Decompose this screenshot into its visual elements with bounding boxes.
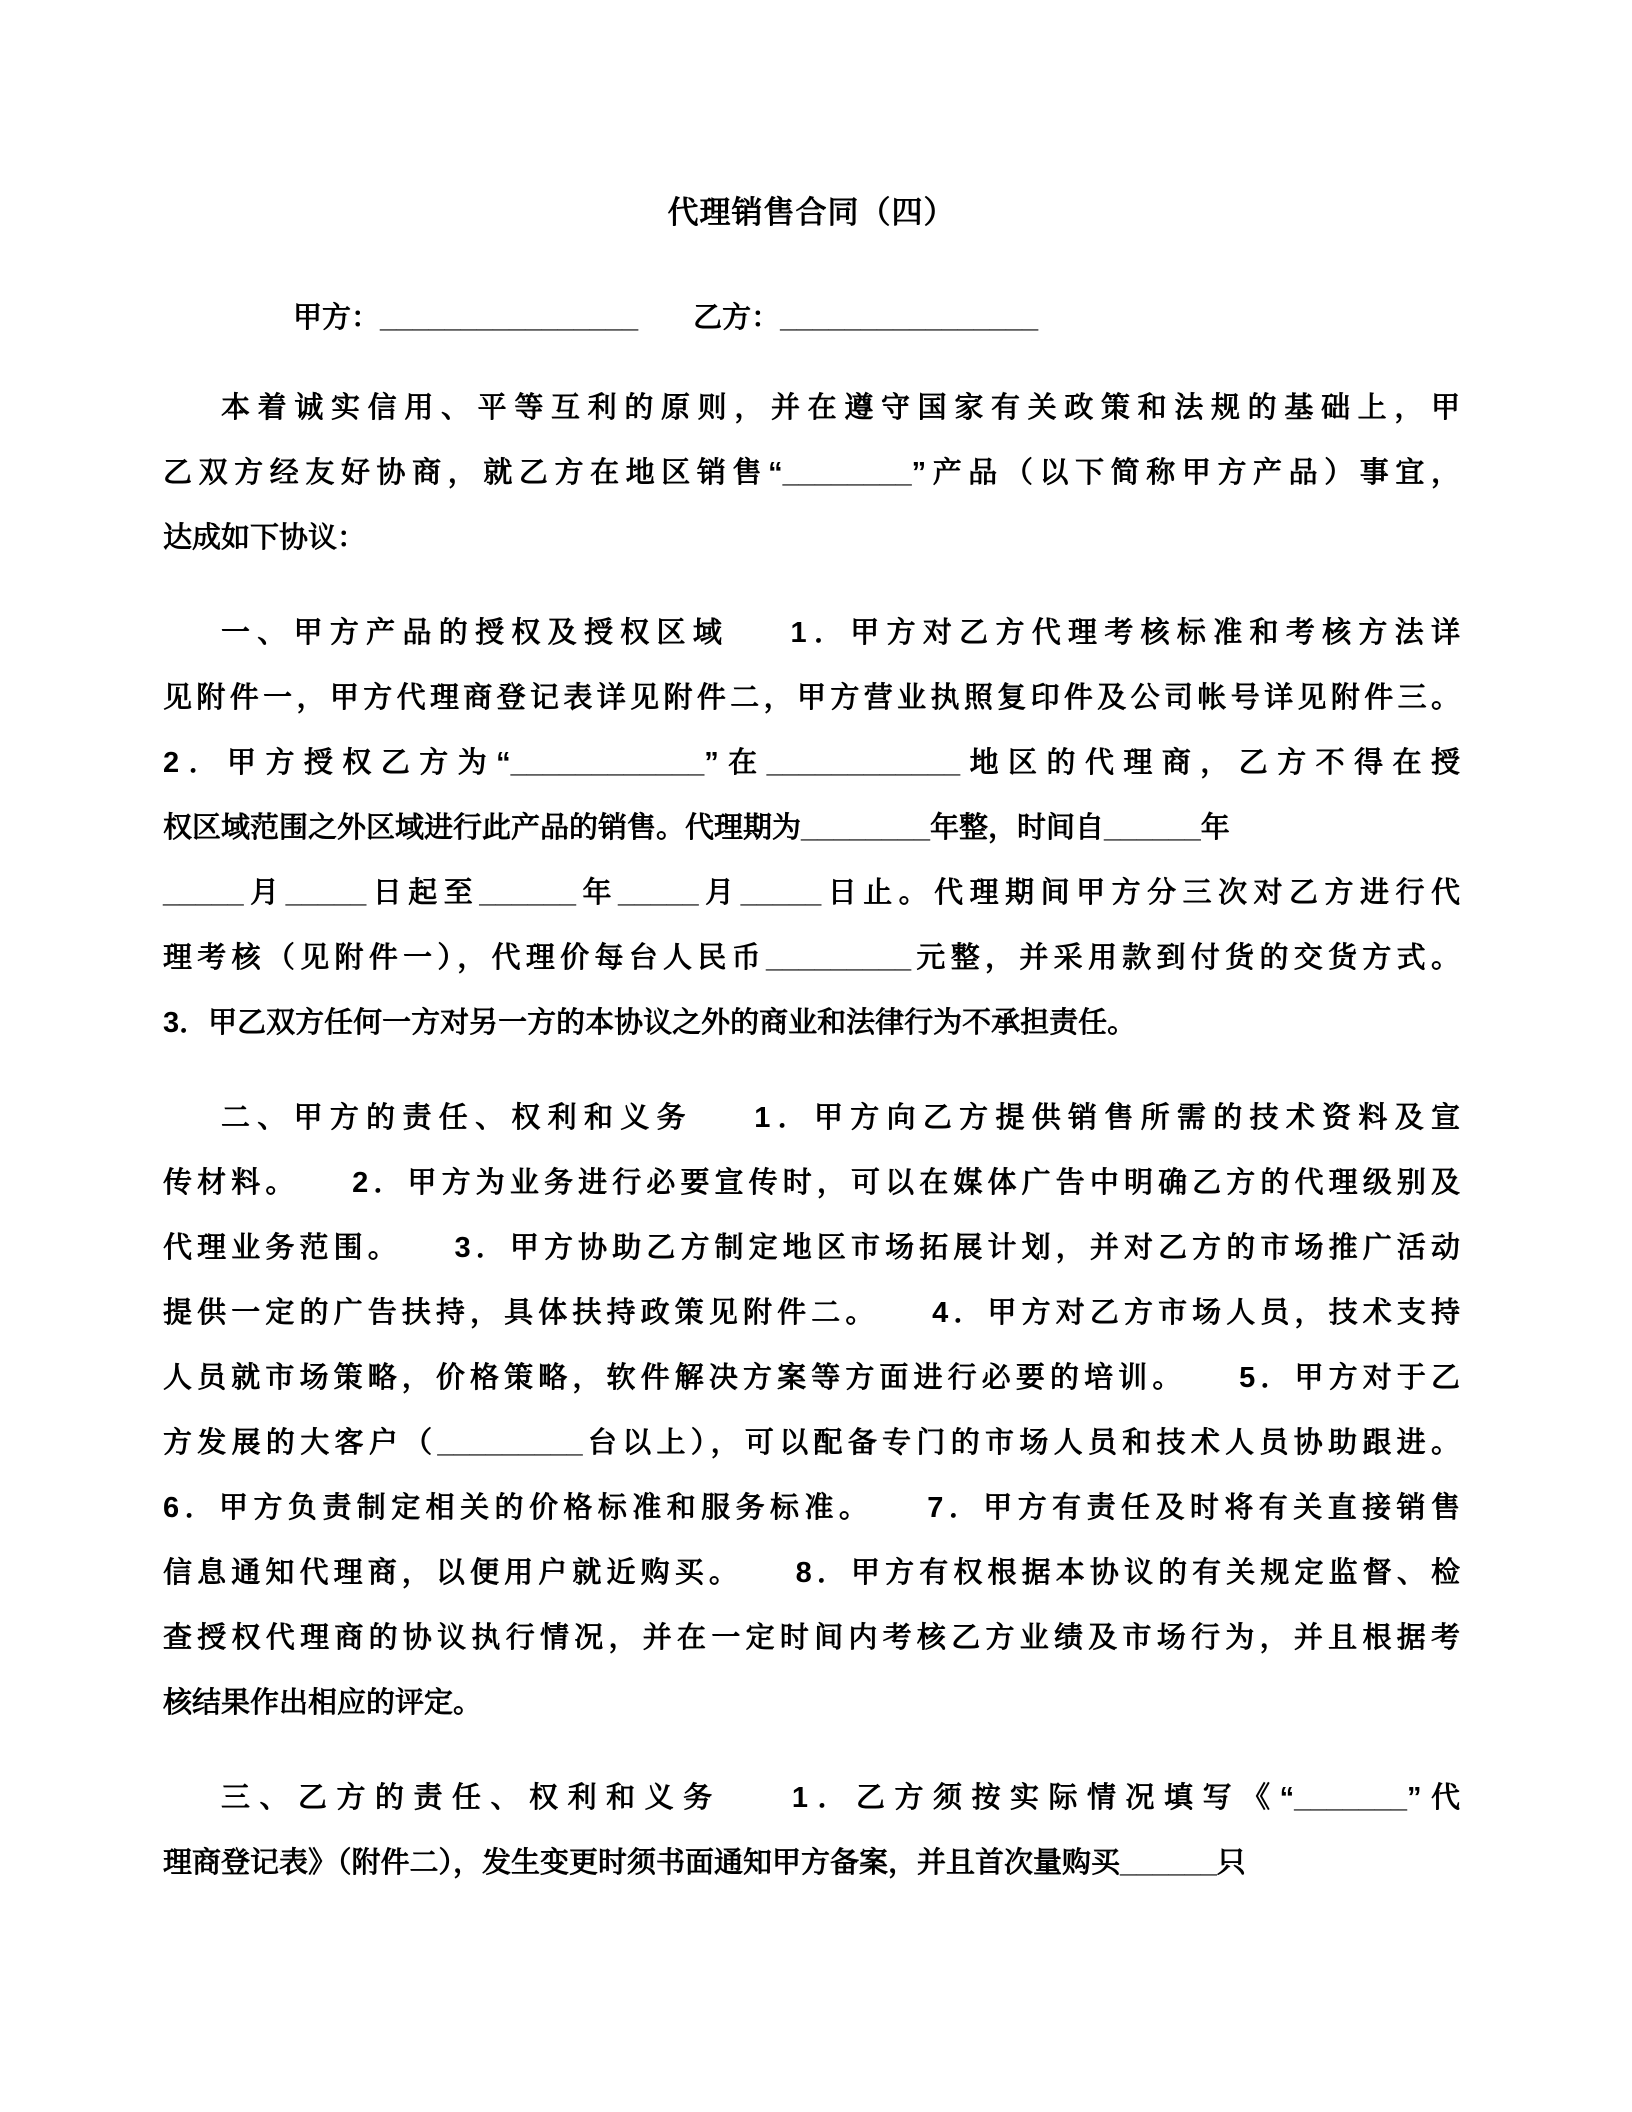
paragraph-line: 见附件一，甲方代理商登记表详见附件二，甲方营业执照复印件及公司帐号详见附件三。: [163, 666, 1460, 731]
paragraph-preamble: 本着诚实信用、平等互利的原则，并在遵守国家有关政策和法规的基础上，甲乙双方经友好…: [163, 376, 1460, 571]
party-line: 甲方：________________乙方：________________: [163, 286, 1460, 351]
paragraph-line: 查授权代理商的协议执行情况，并在一定时间内考核乙方业绩及市场行为，并且根据考: [163, 1606, 1460, 1671]
paragraph-line: 权区域范围之外区域进行此产品的销售。代理期为________年整，时间自____…: [163, 796, 1460, 861]
paragraph-line: 乙双方经友好协商，就乙方在地区销售“________”产品（以下简称甲方产品）事…: [163, 441, 1460, 506]
party-a-label: 甲方：: [293, 302, 380, 334]
paragraph-line: 代理业务范围。 3．甲方协助乙方制定地区市场拓展计划，并对乙方的市场推广活动: [163, 1216, 1460, 1281]
paragraph-line: 理商登记表》（附件二），发生变更时须书面通知甲方备案，并且首次量购买______…: [163, 1831, 1460, 1896]
paragraph-line: 传材料。 2．甲方为业务进行必要宣传时，可以在媒体广告中明确乙方的代理级别及: [163, 1151, 1460, 1216]
paragraph-line: 二、甲方的责任、权利和义务 1．甲方向乙方提供销售所需的技术资料及宣: [163, 1086, 1460, 1151]
document-body: 本着诚实信用、平等互利的原则，并在遵守国家有关政策和法规的基础上，甲乙双方经友好…: [163, 376, 1460, 1896]
paragraph-line: 信息通知代理商，以便用户就近购买。 8．甲方有权根据本协议的有关规定监督、检: [163, 1541, 1460, 1606]
contract-page: 代理销售合同（四） 甲方：________________乙方：________…: [0, 0, 1632, 2112]
document-title: 代理销售合同（四）: [163, 190, 1460, 236]
paragraph-line: 理考核（见附件一），代理价每台人民币_________元整，并采用款到付货的交货…: [163, 926, 1460, 991]
party-b-label: 乙方：: [693, 302, 780, 334]
paragraph-line: 提供一定的广告扶持，具体扶持政策见附件二。 4．甲方对乙方市场人员，技术支持: [163, 1281, 1460, 1346]
paragraph-line: 6．甲方负责制定相关的价格标准和服务标准。 7．甲方有责任及时将有关直接销售: [163, 1476, 1460, 1541]
paragraph-section-3-party-b-duties: 三、乙方的责任、权利和义务 1．乙方须按实际情况填写《“_______”代理商登…: [163, 1766, 1460, 1896]
paragraph-line: 本着诚实信用、平等互利的原则，并在遵守国家有关政策和法规的基础上，甲: [163, 376, 1460, 441]
paragraph-line: 达成如下协议：: [163, 506, 1460, 571]
paragraph-line: 核结果作出相应的评定。: [163, 1671, 1460, 1736]
paragraph-line: 人员就市场策略，价格策略，软件解决方案等方面进行必要的培训。 5．甲方对于乙: [163, 1346, 1460, 1411]
paragraph-section-2-party-a-duties: 二、甲方的责任、权利和义务 1．甲方向乙方提供销售所需的技术资料及宣传材料。 2…: [163, 1086, 1460, 1736]
paragraph-line: _____月_____日起至______年_____月_____日止。代理期间甲…: [163, 861, 1460, 926]
paragraph-line: 3．甲乙双方任何一方对另一方的本协议之外的商业和法律行为不承担责任。: [163, 991, 1460, 1056]
paragraph-line: 2．甲方授权乙方为“____________”在____________地区的代…: [163, 731, 1460, 796]
paragraph-line: 方发展的大客户（_________台以上），可以配备专门的市场人员和技术人员协助…: [163, 1411, 1460, 1476]
paragraph-line: 三、乙方的责任、权利和义务 1．乙方须按实际情况填写《“_______”代: [163, 1766, 1460, 1831]
party-a-blank: ________________: [380, 302, 638, 334]
party-b-blank: ________________: [780, 302, 1038, 334]
paragraph-section-1-authorization: 一、甲方产品的授权及授权区域 1．甲方对乙方代理考核标准和考核方法详见附件一，甲…: [163, 601, 1460, 1056]
paragraph-line: 一、甲方产品的授权及授权区域 1．甲方对乙方代理考核标准和考核方法详: [163, 601, 1460, 666]
